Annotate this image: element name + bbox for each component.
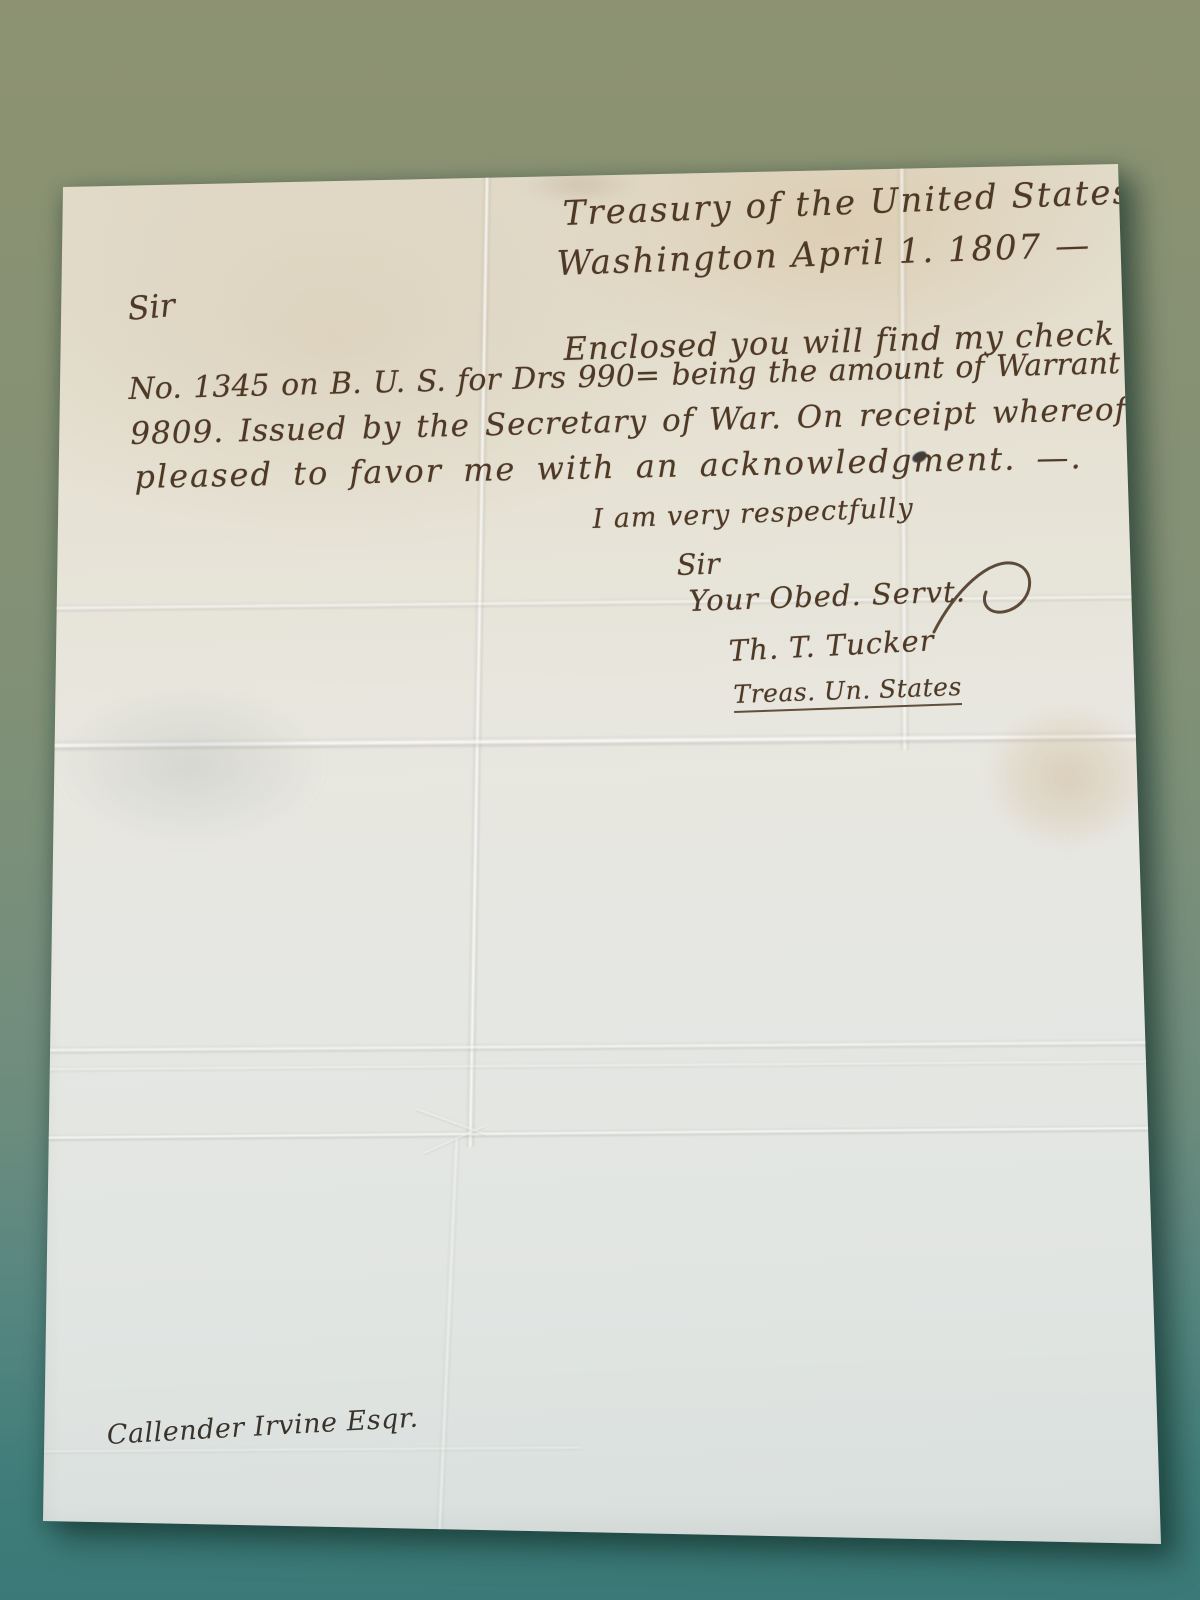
- horizontal-fold-5: [40, 1124, 1160, 1142]
- stain-left: [55, 685, 325, 845]
- photo-of-letter: Treasury of the United States Washington…: [0, 0, 1200, 1600]
- stain-right: [985, 705, 1150, 850]
- vertical-fold-center: [465, 172, 492, 1147]
- vertical-crease-bottom: [434, 1138, 461, 1558]
- signature-name: Th. T. Tucker: [728, 623, 935, 668]
- addressee-line: Callender Irvine Esqr.: [106, 1403, 419, 1451]
- letter-paper: Treasury of the United States Washington…: [0, 0, 1200, 1600]
- wrinkle-2: [423, 1123, 486, 1155]
- horizontal-fold-3: [40, 1038, 1160, 1055]
- closing-servant: Your Obed. Servt.: [688, 574, 967, 618]
- signature-title: Treas. Un. States: [733, 672, 962, 713]
- heading-office-line: Treasury of the United States: [562, 172, 1133, 234]
- paper-shadow: Treasury of the United States Washington…: [0, 0, 1200, 1600]
- closing-sir: Sir: [676, 546, 720, 581]
- heading-date-line: Washington April 1. 1807 —: [556, 225, 1092, 284]
- horizontal-fold-2: [40, 730, 1160, 752]
- closing-respectfully: I am very respectfully: [592, 493, 914, 535]
- horizontal-fold-4: [42, 1058, 1157, 1073]
- wrinkle-1: [415, 1106, 488, 1138]
- salutation: Sir: [126, 286, 177, 328]
